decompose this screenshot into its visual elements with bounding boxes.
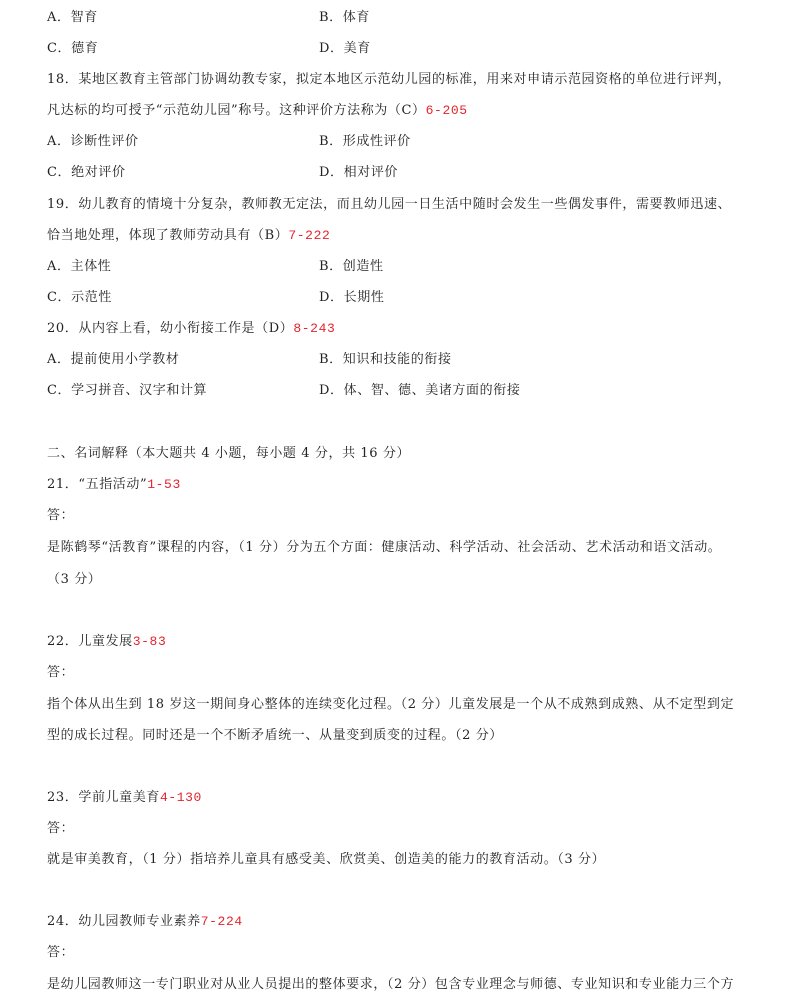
q23-term: 23．学前儿童美育 [47, 790, 160, 805]
q20-question-line1: 20．从内容上看，幼小衔接工作是（D）8-243 [47, 320, 335, 338]
q22-answer-line1: 指个体从出生到 18 岁这一期间身心整体的连续变化过程。（2 分）儿童发展是一个… [47, 696, 734, 714]
q24-page-reference: 7-224 [201, 914, 243, 929]
section-2-heading: 二、名词解释（本大题共 4 小题，每小题 4 分，共 16 分） [47, 445, 410, 463]
q19-option-d: D．长期性 [319, 289, 384, 307]
q19-option-b: B．创造性 [319, 258, 384, 276]
q22-title: 22．儿童发展3-83 [47, 633, 166, 651]
q22-page-reference: 3-83 [133, 634, 167, 649]
q22-answer-label: 答： [47, 664, 74, 682]
q18-option-b: B．形成性评价 [319, 133, 411, 151]
q18-question-text: 凡达标的均可授予“示范幼儿园”称号。这种评价方法称为（C） [47, 103, 426, 118]
q20-option-c: C．学习拼音、汉字和计算 [47, 382, 207, 400]
q21-answer-line1: 是陈鹤琴“活教育”课程的内容，（1 分）分为五个方面：健康活动、科学活动、社会活… [47, 539, 721, 557]
q20-option-b: B．知识和技能的衔接 [319, 351, 452, 369]
q17-option-a: A．智育 [47, 9, 98, 27]
q22-answer-line2: 型的成长过程。同时还是一个不断矛盾统一、从量变到质变的过程。（2 分） [47, 727, 503, 745]
q19-option-c: C．示范性 [47, 289, 112, 307]
q17-option-d: D．美育 [319, 40, 371, 58]
q21-term: 21．“五指活动” [47, 477, 147, 492]
q24-title: 24．幼儿园教师专业素养7-224 [47, 913, 243, 931]
q17-option-b: B．体育 [319, 9, 370, 27]
q18-option-c: C．绝对评价 [47, 164, 126, 182]
q23-title: 23．学前儿童美育4-130 [47, 789, 202, 807]
q21-title: 21．“五指活动”1-53 [47, 476, 181, 494]
q19-question-line2: 恰当地处理，体现了教师劳动具有（B）7-222 [47, 227, 330, 245]
q21-answer-label: 答： [47, 507, 74, 525]
q18-page-reference: 6-205 [426, 103, 468, 118]
q20-page-reference: 8-243 [293, 321, 335, 336]
q17-option-c: C．德育 [47, 40, 98, 58]
q22-term: 22．儿童发展 [47, 634, 133, 649]
q21-page-reference: 1-53 [147, 477, 181, 492]
q18-question-line1: 18．某地区教育主管部门协调幼教专家，拟定本地区示范幼儿园的标准，用来对申请示范… [47, 71, 731, 89]
q24-term: 24．幼儿园教师专业素养 [47, 914, 201, 929]
q24-answer-line1: 是幼儿园教师这一专门职业对从业人员提出的整体要求，（2 分）包含专业理念与师德、… [47, 976, 734, 994]
q23-page-reference: 4-130 [160, 790, 202, 805]
q19-page-reference: 7-222 [288, 228, 330, 243]
q19-question-text: 恰当地处理，体现了教师劳动具有（B） [47, 228, 288, 243]
q20-option-a: A．提前使用小学教材 [47, 351, 179, 369]
q23-answer-label: 答： [47, 820, 74, 838]
q19-option-a: A．主体性 [47, 258, 111, 276]
q18-option-a: A．诊断性评价 [47, 133, 139, 151]
q23-answer-line1: 就是审美教育，（1 分）指培养儿童具有感受美、欣赏美、创造美的能力的教育活动。（… [47, 851, 605, 869]
q18-option-d: D．相对评价 [319, 164, 398, 182]
q24-answer-label: 答： [47, 944, 74, 962]
q18-question-line2: 凡达标的均可授予“示范幼儿园”称号。这种评价方法称为（C）6-205 [47, 102, 468, 120]
q20-question-text: 20．从内容上看，幼小衔接工作是（D） [47, 321, 293, 336]
q21-answer-line2: （3 分） [47, 571, 101, 589]
q19-question-line1: 19．幼儿教育的情境十分复杂，教师教无定法，而且幼儿园一日生活中随时会发生一些偶… [47, 196, 731, 214]
q20-option-d: D．体、智、德、美诸方面的衔接 [319, 382, 520, 400]
